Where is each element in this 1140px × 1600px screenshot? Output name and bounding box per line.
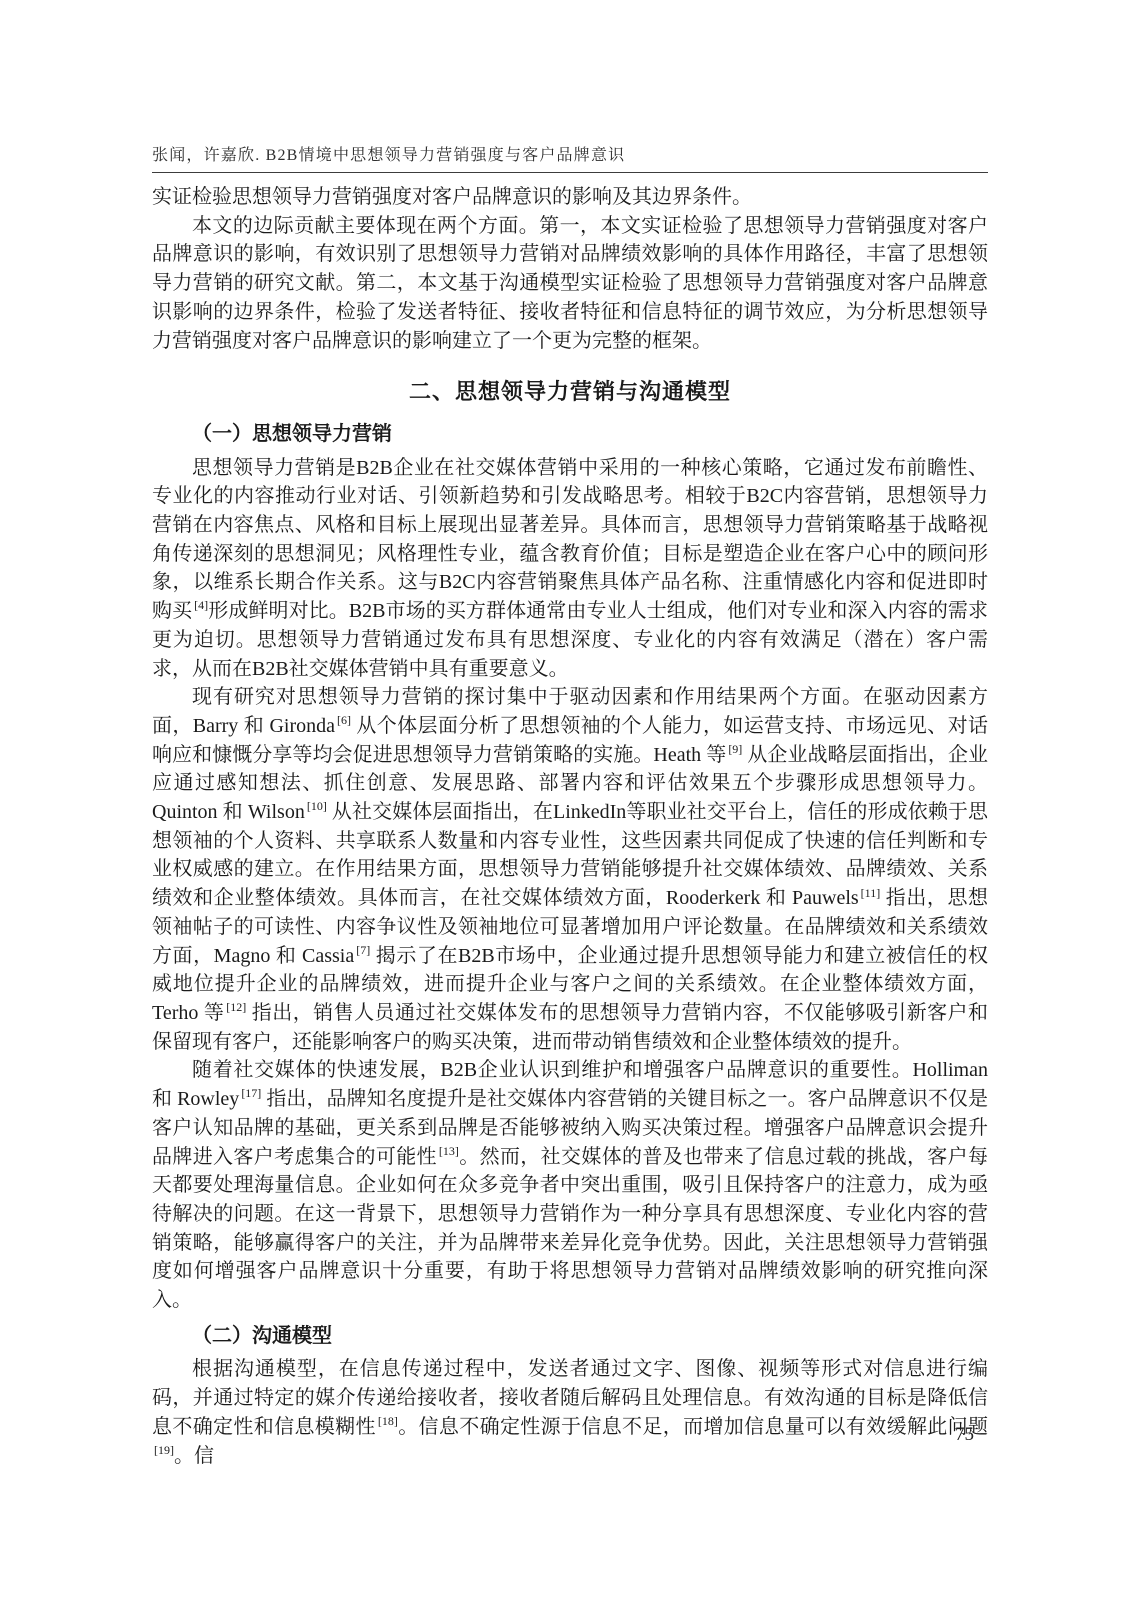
paragraph: 现有研究对思想领导力营销的探讨集中于驱动因素和作用结果两个方面。在驱动因素方面，…: [152, 683, 988, 1056]
page: 张闻，许嘉欣. B2B情境中思想领导力营销强度与客户品牌意识 实证检验思想领导力…: [0, 0, 1140, 1600]
citation-ref: [4]: [194, 598, 208, 612]
subsection-heading: （二）沟通模型: [152, 1322, 988, 1351]
subsection-heading: （一）思想领导力营销: [152, 420, 988, 449]
citation-ref: [7]: [356, 943, 370, 957]
citation-ref: [6]: [337, 713, 351, 727]
running-header: 张闻，许嘉欣. B2B情境中思想领导力营销强度与客户品牌意识: [152, 142, 988, 165]
paragraph: 实证检验思想领导力营销强度对客户品牌意识的影响及其边界条件。: [152, 183, 988, 212]
page-number: 75: [152, 1424, 974, 1446]
citation-ref: [12]: [226, 1000, 246, 1014]
paragraph: 根据沟通模型，在信息传递过程中，发送者通过文字、图像、视频等形式对信息进行编码，…: [152, 1355, 988, 1470]
citation-ref: [11]: [861, 886, 881, 900]
paragraph: 本文的边际贡献主要体现在两个方面。第一，本文实证检验了思想领导力营销强度对客户品…: [152, 212, 988, 356]
paragraph: 思想领导力营销是B2B企业在社交媒体营销中采用的一种核心策略，它通过发布前瞻性、…: [152, 454, 988, 684]
citation-ref: [10]: [307, 799, 327, 813]
paragraph: 随着社交媒体的快速发展，B2B企业认识到维护和增强客户品牌意识的重要性。Holl…: [152, 1056, 988, 1314]
citation-ref: [13]: [439, 1144, 459, 1158]
citation-ref: [9]: [728, 742, 742, 756]
section-heading: 二、思想领导力营销与沟通模型: [152, 378, 988, 407]
article-body: 实证检验思想领导力营销强度对客户品牌意识的影响及其边界条件。本文的边际贡献主要体…: [152, 183, 988, 1470]
header-rule: [152, 172, 988, 173]
citation-ref: [17]: [241, 1086, 261, 1100]
